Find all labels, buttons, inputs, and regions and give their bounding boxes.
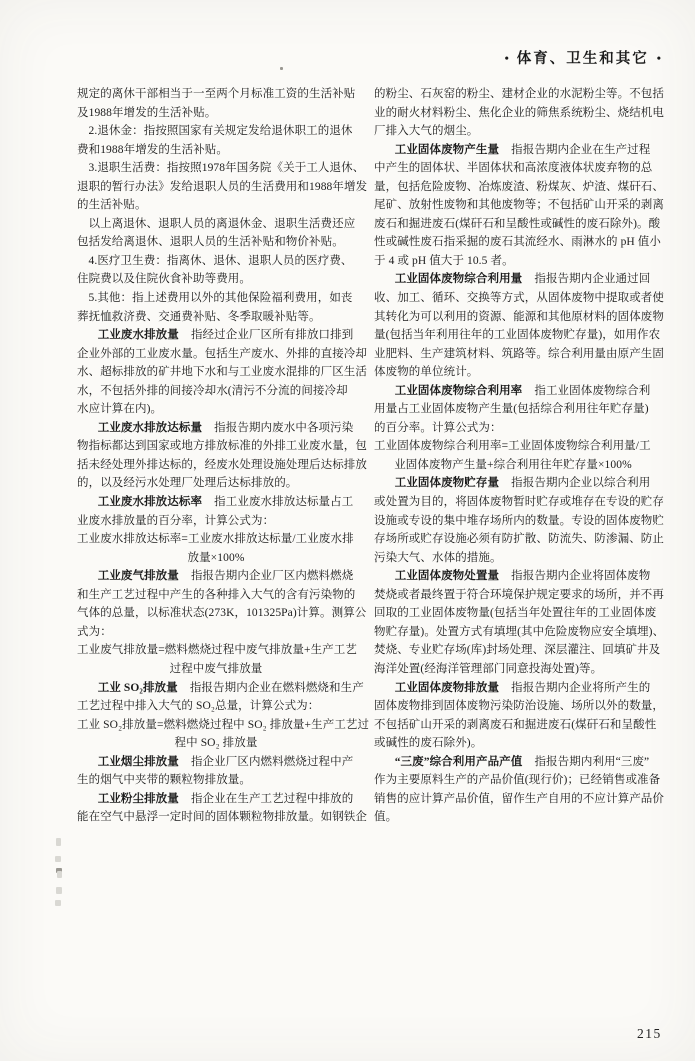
line-text: 以上离退休、退职人员的离退休金、退职生活费还应 xyxy=(89,218,356,230)
text-line: 体废物的单位统计。 xyxy=(374,363,652,382)
line-text: 指报告期内企业将所产生的 xyxy=(511,682,650,694)
line-text: 指工业固体废物综合利 xyxy=(534,385,650,397)
line-text: 生的烟气中夹带的颗粒物排放量。 xyxy=(77,774,251,786)
text-line: 销售的应计算产品价值，留作生产自用的不应计算产品价 xyxy=(374,790,652,809)
text-line: 厂排入大气的烟尘。 xyxy=(374,122,652,141)
line-text: 固体废物排到固体废物污染防治设施、场所以外的数量， xyxy=(374,700,664,712)
term-heading: 工业固体废物综合利用量 xyxy=(395,273,523,285)
text-line: 工艺过程中排入大气的 SO₂总量，计算公式为： xyxy=(77,697,355,716)
line-text: 污染大气、水体的措施。 xyxy=(374,552,502,564)
line-text: 用量占工业固体废物产生量(包括综合利用往年贮存量) xyxy=(374,403,649,415)
line-text: 指报告期内企业以综合利用 xyxy=(511,477,650,489)
text-line: 不包括矿山开采的剥离废石和掘进废石(煤矸石和呈酸性 xyxy=(374,716,652,735)
page-number: 215 xyxy=(637,1026,662,1042)
text-line: 能在空气中悬浮一定时间的固体颗粒物排放量。如钢铁企 xyxy=(77,808,355,827)
header-bullet-left-icon: • xyxy=(505,51,509,65)
text-line: 2.退休金：指按照国家有关规定发给退休职工的退休 xyxy=(77,122,355,141)
text-line: 量，包括危险废物、冶炼废渣、粉煤灰、炉渣、煤矸石、 xyxy=(374,178,652,197)
text-line: 式为： xyxy=(77,623,355,642)
text-line: 放量×100% xyxy=(77,549,355,568)
line-text: 5.其他：指上述费用以外的其他保险福利费用，如丧 xyxy=(89,292,353,304)
text-line: 收、加工、循环、交换等方式，从固体废物中提取或者使 xyxy=(374,289,652,308)
line-text: 业固体废物产生量+综合利用往年贮存量×100% xyxy=(394,459,632,471)
text-line: 规定的离休干部相当于一至两个月标准工资的生活补贴 xyxy=(77,85,355,104)
text-line: 5.其他：指上述费用以外的其他保险福利费用，如丧 xyxy=(77,289,355,308)
text-line: 其转化为可以利用的资源、能源和其他原材料的固体废物 xyxy=(374,308,652,327)
text-line: 焚烧或者最终置于符合环境保护规定要求的场所，并不再 xyxy=(374,586,652,605)
line-text: 或碱性的废石除外)。 xyxy=(374,737,482,749)
text-line: 业废水排放量的百分率，计算公式为： xyxy=(77,512,355,531)
text-line: 设施或专设的集中堆存场所内的数量。专设的固体废物贮 xyxy=(374,512,652,531)
line-text: 废石和掘进废石(煤矸石和呈酸性或碱性的废石除外)。酸 xyxy=(374,218,660,230)
line-text: 量(包括当年利用往年的工业固体废物贮存量)，如用作农 xyxy=(374,329,660,341)
line-text: 指企业厂区内燃料燃烧过程中产 xyxy=(191,756,353,768)
text-line: 的，以及经污水处理厂处理后达标排放的。 xyxy=(77,474,355,493)
left-text-column: 规定的离休干部相当于一至两个月标准工资的生活补贴及1988年增发的生活补贴。2.… xyxy=(77,85,355,827)
term-heading: 工业烟尘排放量 xyxy=(98,756,179,768)
term-definition-line: 工业 SO₂排放量指报告期内企业在燃料燃烧和生产 xyxy=(77,679,355,698)
line-text: 葬抚恤救济费、交通费补贴、冬季取暖补贴等。 xyxy=(77,311,321,323)
text-line: 及1988年增发的生活补贴。 xyxy=(77,104,355,123)
term-heading: 工业固体废物产生量 xyxy=(395,144,499,156)
line-text: 工业废水排放达标率=工业废水排放达标量/工业废水排 xyxy=(77,533,354,545)
term-definition-line: 工业固体废物综合利用量指报告期内企业通过回 xyxy=(374,270,652,289)
line-text: 程中 SO₂ 排放量 xyxy=(175,737,258,749)
term-heading: 工业粉尘排放量 xyxy=(98,793,179,805)
text-line: 气体的总量，以标准状态(273K，101325Pa)计算。测算公 xyxy=(77,604,355,623)
text-line: 包括发给离退休、退职人员的生活补贴和物价补贴。 xyxy=(77,233,355,252)
line-text: 工艺过程中排入大气的 SO₂总量，计算公式为： xyxy=(77,700,319,712)
text-line: 过程中废气排放量 xyxy=(77,660,355,679)
line-text: 物指标都达到国家或地方排放标准的外排工业废水量，包 xyxy=(77,440,367,452)
text-line: 废石和掘进废石(煤矸石和呈酸性或碱性的废石除外)。酸 xyxy=(374,215,652,234)
text-line: 用量占工业固体废物产生量(包括综合利用往年贮存量) xyxy=(374,400,652,419)
line-text: 水，不包括外排的间接冷却水(清污不分流的间接冷却 xyxy=(77,385,348,397)
line-text: 能在空气中悬浮一定时间的固体颗粒物排放量。如钢铁企 xyxy=(77,811,367,823)
text-line: 4.医疗卫生费：指离休、退休、退职人员的医疗费、 xyxy=(77,252,355,271)
text-line: 物指标都达到国家或地方排放标准的外排工业废水量，包 xyxy=(77,437,355,456)
text-line: 尾矿、放射性废物和其他废物等；不包括矿山开采的剥离 xyxy=(374,196,652,215)
scan-speck xyxy=(280,67,283,70)
text-line: 企业外部的工业废水量。包括生产废水、外排的直接冷却 xyxy=(77,345,355,364)
line-text: 的百分率。计算公式为： xyxy=(374,422,502,434)
line-text: 收、加工、循环、交换等方式，从固体废物中提取或者使 xyxy=(374,292,664,304)
line-text: 住院费以及住院伙食补助等费用。 xyxy=(77,273,251,285)
term-definition-line: 工业废气排放量指报告期内企业厂区内燃料燃烧 xyxy=(77,567,355,586)
text-line: 程中 SO₂ 排放量 xyxy=(77,734,355,753)
page-header: •体育、卫生和其它• xyxy=(497,47,669,68)
line-text: 中产生的固体状、半固体状和高浓度液体状废弃物的总 xyxy=(374,162,652,174)
text-line: 的粉尘、石灰窑的粉尘、建材企业的水泥粉尘等。不包括 xyxy=(374,85,652,104)
line-text: 的，以及经污水处理厂处理后达标排放的。 xyxy=(77,477,297,489)
line-text: 作为主要原料生产的产品价值(现行价)；已经销售或准备 xyxy=(374,774,660,786)
text-line: 存场所或贮存设施必须有防扩散、防流失、防渗漏、防止 xyxy=(374,530,652,549)
line-text: 体废物的单位统计。 xyxy=(374,366,478,378)
line-text: 工业固体废物综合利用率=工业固体废物综合利用量/工 xyxy=(374,440,651,452)
text-line: 括未经处理外排达标的，经废水处理设施处理后达标排放 xyxy=(77,456,355,475)
line-text: 气体的总量，以标准状态(273K，101325Pa)计算。测算公 xyxy=(77,607,366,619)
line-text: 销售的应计算产品价值，留作生产自用的不应计算产品价 xyxy=(374,793,664,805)
text-line: 业的耐火材料粉尘、焦化企业的筛焦系统粉尘、烧结机电 xyxy=(374,104,652,123)
line-text: 不包括矿山开采的剥离废石和掘进废石(煤矸石和呈酸性 xyxy=(374,719,656,731)
text-line: 3.退职生活费：指按照1978年国务院《关于工人退休、 xyxy=(77,159,355,178)
line-text: 退职的暂行办法》发给退职人员的生活费用和1988年增发 xyxy=(77,181,367,193)
line-text: 业肥料、生产建筑材料、筑路等。综合利用量由原产生固 xyxy=(374,348,664,360)
line-text: 和生产工艺过程中产生的各种排入大气的含有污染物的 xyxy=(77,589,355,601)
text-line: 水，不包括外排的间接冷却水(清污不分流的间接冷却 xyxy=(77,382,355,401)
term-definition-line: 工业固体废物综合利用率指工业固体废物综合利 xyxy=(374,382,652,401)
text-line: 工业废气排放量=燃料燃烧过程中废气排放量+生产工艺 xyxy=(77,641,355,660)
line-text: 指报告期内利用“三废” xyxy=(534,756,649,768)
text-line: 费和1988年增发的生活补贴。 xyxy=(77,141,355,160)
text-line: 性或碱性废石指采掘的废石其流经水、雨淋水的 pH 值小 xyxy=(374,233,652,252)
scan-speck xyxy=(57,871,62,878)
text-line: 的百分率。计算公式为： xyxy=(374,419,652,438)
line-text: 存场所或贮存设施必须有防扩散、防流失、防渗漏、防止 xyxy=(374,533,664,545)
term-definition-line: 工业废水排放达标率指工业废水排放达标量占工 xyxy=(77,493,355,512)
term-heading: 工业固体废物处置量 xyxy=(395,570,499,582)
line-text: 其转化为可以利用的资源、能源和其他原材料的固体废物 xyxy=(374,311,664,323)
line-text: 设施或专设的集中堆存场所内的数量。专设的固体废物贮 xyxy=(374,515,664,527)
right-text-column: 的粉尘、石灰窑的粉尘、建材企业的水泥粉尘等。不包括业的耐火材料粉尘、焦化企业的筛… xyxy=(374,85,652,827)
scanned-document-page: { "header": { "bullet_left": "•", "title… xyxy=(0,0,695,1061)
text-line: 回取的工业固体废物量(包括当年处置往年的工业固体废 xyxy=(374,604,652,623)
term-definition-line: 工业废水排放达标量指报告期内废水中各项污染 xyxy=(77,419,355,438)
term-heading: “三废”综合利用产品产值 xyxy=(395,756,523,768)
term-definition-line: 工业固体废物贮存量指报告期内企业以综合利用 xyxy=(374,474,652,493)
text-line: 中产生的固体状、半固体状和高浓度液体状废弃物的总 xyxy=(374,159,652,178)
text-line: 和生产工艺过程中产生的各种排入大气的含有污染物的 xyxy=(77,586,355,605)
text-line: 退职的暂行办法》发给退职人员的生活费用和1988年增发 xyxy=(77,178,355,197)
text-line: 于 4 或 pH 值大于 10.5 者。 xyxy=(374,252,652,271)
term-heading: 工业废水排放达标量 xyxy=(98,422,202,434)
scan-speck xyxy=(56,887,62,894)
line-text: 的生活补贴。 xyxy=(77,199,147,211)
line-text: 或处置为目的，将固体废物暂时贮存或堆存在专设的贮存 xyxy=(374,496,664,508)
text-line: 住院费以及住院伙食补助等费用。 xyxy=(77,270,355,289)
line-text: 工业 SO₂排放量=燃料燃烧过程中 SO₂ 排放量+生产工艺过 xyxy=(77,719,369,731)
line-text: 焚烧、专业贮存场(库)封场处理、深层灌注、回填矿井及 xyxy=(374,644,660,656)
line-text: 量，包括危险废物、冶炼废渣、粉煤灰、炉渣、煤矸石、 xyxy=(374,181,664,193)
text-line: 作为主要原料生产的产品价值(现行价)；已经销售或准备 xyxy=(374,771,652,790)
text-line: 生的烟气中夹带的颗粒物排放量。 xyxy=(77,771,355,790)
text-line: 业固体废物产生量+综合利用往年贮存量×100% xyxy=(374,456,652,475)
text-line: 或处置为目的，将固体废物暂时贮存或堆存在专设的贮存 xyxy=(374,493,652,512)
term-heading: 工业固体废物综合利用率 xyxy=(395,385,523,397)
text-line: 业肥料、生产建筑材料、筑路等。综合利用量由原产生固 xyxy=(374,345,652,364)
text-line: 焚烧、专业贮存场(库)封场处理、深层灌注、回填矿井及 xyxy=(374,641,652,660)
text-line: 的生活补贴。 xyxy=(77,196,355,215)
line-text: 指报告期内企业将固体废物 xyxy=(511,570,650,582)
line-text: 业废水排放量的百分率，计算公式为： xyxy=(77,515,274,527)
scan-speck xyxy=(55,856,61,862)
line-text: 厂排入大气的烟尘。 xyxy=(374,125,478,137)
line-text: 物贮存量)。处置方式有填埋(其中危险废物应安全填埋)、 xyxy=(374,626,664,638)
line-text: 于 4 或 pH 值大于 10.5 者。 xyxy=(374,255,514,267)
line-text: 指企业在生产工艺过程中排放的 xyxy=(191,793,353,805)
text-line: 或碱性的废石除外)。 xyxy=(374,734,652,753)
text-line: 水应计算在内)。 xyxy=(77,400,355,419)
line-text: 水应计算在内)。 xyxy=(77,403,162,415)
header-title: 体育、卫生和其它 xyxy=(517,51,649,67)
line-text: 尾矿、放射性废物和其他废物等；不包括矿山开采的剥离 xyxy=(374,199,664,211)
term-heading: 工业固体废物贮存量 xyxy=(395,477,499,489)
text-line: 量(包括当年利用往年的工业固体废物贮存量)，如用作农 xyxy=(374,326,652,345)
line-text: 的粉尘、石灰窑的粉尘、建材企业的水泥粉尘等。不包括 xyxy=(374,88,664,100)
line-text: 值。 xyxy=(374,811,397,823)
line-text: 费和1988年增发的生活补贴。 xyxy=(77,144,228,156)
text-line: 以上离退休、退职人员的离退休金、退职生活费还应 xyxy=(77,215,355,234)
line-text: 式为： xyxy=(77,626,112,638)
scan-speck xyxy=(56,838,61,846)
line-text: 指报告期内企业在生产过程 xyxy=(511,144,650,156)
line-text: 海洋处置(经海洋管理部门同意投海处置)等。 xyxy=(374,663,602,675)
line-text: 业的耐火材料粉尘、焦化企业的筛焦系统粉尘、烧结机电 xyxy=(374,107,664,119)
line-text: 4.医疗卫生费：指离休、退休、退职人员的医疗费、 xyxy=(89,255,353,267)
text-line: 工业 SO₂排放量=燃料燃烧过程中 SO₂ 排放量+生产工艺过 xyxy=(77,716,355,735)
line-text: 放量×100% xyxy=(187,552,244,564)
text-line: 工业废水排放达标率=工业废水排放达标量/工业废水排 xyxy=(77,530,355,549)
line-text: 指报告期内企业通过回 xyxy=(534,273,650,285)
term-definition-line: “三废”综合利用产品产值指报告期内利用“三废” xyxy=(374,753,652,772)
line-text: 及1988年增发的生活补贴。 xyxy=(77,107,216,119)
line-text: 指报告期内企业在燃料燃烧和生产 xyxy=(190,682,364,694)
term-heading: 工业废水排放达标率 xyxy=(98,496,202,508)
line-text: 过程中废气排放量 xyxy=(170,663,263,675)
line-text: 焚烧或者最终置于符合环境保护规定要求的场所，并不再 xyxy=(374,589,664,601)
term-definition-line: 工业固体废物排放量指报告期内企业将所产生的 xyxy=(374,679,652,698)
scan-speck xyxy=(55,900,61,906)
line-text: 企业外部的工业废水量。包括生产废水、外排的直接冷却 xyxy=(77,348,367,360)
text-line: 值。 xyxy=(374,808,652,827)
line-text: 指报告期内废水中各项污染 xyxy=(214,422,353,434)
text-line: 污染大气、水体的措施。 xyxy=(374,549,652,568)
line-text: 括未经处理外排达标的，经废水处理设施处理后达标排放 xyxy=(77,459,367,471)
term-definition-line: 工业粉尘排放量指企业在生产工艺过程中排放的 xyxy=(77,790,355,809)
line-text: 水、超标排放的矿井地下水和与工业废水混排的厂区生活 xyxy=(77,366,367,378)
text-line: 葬抚恤救济费、交通费补贴、冬季取暖补贴等。 xyxy=(77,308,355,327)
header-bullet-right-icon: • xyxy=(657,51,661,65)
text-line: 固体废物排到固体废物污染防治设施、场所以外的数量， xyxy=(374,697,652,716)
line-text: 指报告期内企业厂区内燃料燃烧 xyxy=(191,570,353,582)
line-text: 3.退职生活费：指按照1978年国务院《关于工人退休、 xyxy=(89,162,365,174)
term-heading: 工业废水排放量 xyxy=(98,329,179,341)
term-definition-line: 工业固体废物产生量指报告期内企业在生产过程 xyxy=(374,141,652,160)
text-line: 水、超标排放的矿井地下水和与工业废水混排的厂区生活 xyxy=(77,363,355,382)
line-text: 工业废气排放量=燃料燃烧过程中废气排放量+生产工艺 xyxy=(77,644,357,656)
term-definition-line: 工业固体废物处置量指报告期内企业将固体废物 xyxy=(374,567,652,586)
line-text: 2.退休金：指按照国家有关规定发给退休职工的退休 xyxy=(89,125,353,137)
term-heading: 工业固体废物排放量 xyxy=(395,682,499,694)
text-line: 海洋处置(经海洋管理部门同意投海处置)等。 xyxy=(374,660,652,679)
term-definition-line: 工业废水排放量指经过企业厂区所有排放口排到 xyxy=(77,326,355,345)
line-text: 指经过企业厂区所有排放口排到 xyxy=(191,329,353,341)
line-text: 性或碱性废石指采掘的废石其流经水、雨淋水的 pH 值小 xyxy=(374,236,661,248)
text-line: 工业固体废物综合利用率=工业固体废物综合利用量/工 xyxy=(374,437,652,456)
term-heading: 工业废气排放量 xyxy=(98,570,179,582)
line-text: 规定的离休干部相当于一至两个月标准工资的生活补贴 xyxy=(77,88,355,100)
line-text: 回取的工业固体废物量(包括当年处置往年的工业固体废 xyxy=(374,607,656,619)
text-line: 物贮存量)。处置方式有填埋(其中危险废物应安全填埋)、 xyxy=(374,623,652,642)
line-text: 包括发给离退休、退职人员的生活补贴和物价补贴。 xyxy=(77,236,344,248)
term-definition-line: 工业烟尘排放量指企业厂区内燃料燃烧过程中产 xyxy=(77,753,355,772)
line-text: 指工业废水排放达标量占工 xyxy=(214,496,353,508)
term-heading: 工业 SO₂排放量 xyxy=(98,682,178,694)
